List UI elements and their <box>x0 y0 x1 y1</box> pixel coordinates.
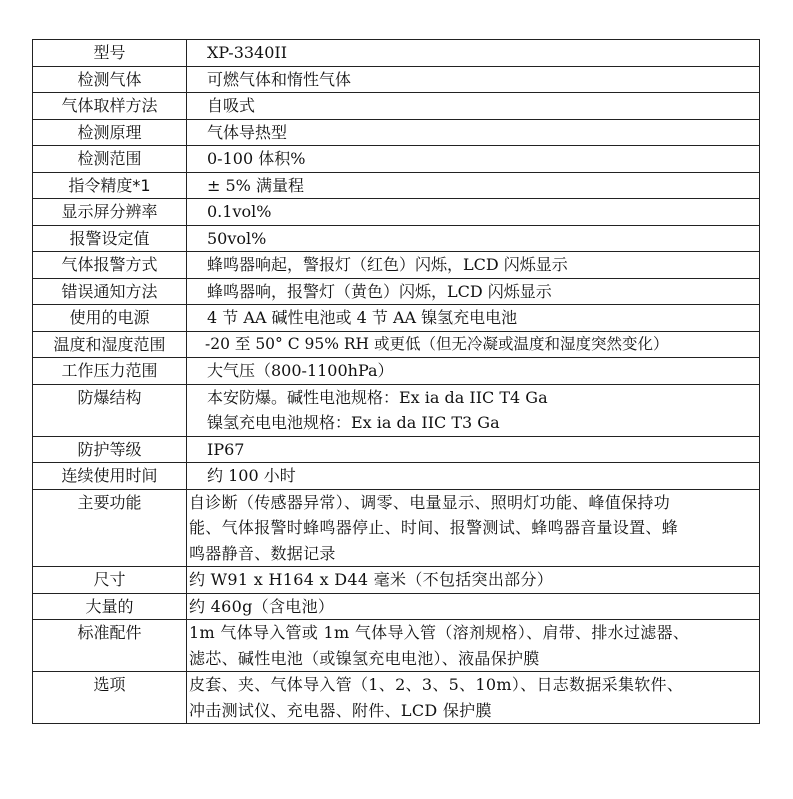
value-line: 能、气体报警时蜂鸣器停止、时间、报警测试、蜂鸣器音量设置、蜂 <box>189 515 759 541</box>
row-value: 50vol% <box>187 225 760 252</box>
value-line: 蜂鸣器响，报警灯（黄色）闪烁，LCD 闪烁显示 <box>207 279 759 305</box>
row-label: 选项 <box>33 672 187 724</box>
row-value: 4 节 AA 碱性电池或 4 节 AA 镍氢充电电池 <box>187 305 760 332</box>
row-label: 指令精度*1 <box>33 172 187 199</box>
row-value: 约 W91 x H164 x D44 毫米（不包括突出部分） <box>187 567 760 594</box>
row-value: XP-3340II <box>187 40 760 67</box>
value-line: 气体导热型 <box>207 120 759 146</box>
table-row: 选项 皮套、夹、气体导入管（1、2、3、5、10m）、日志数据采集软件、 冲击测… <box>33 672 760 724</box>
row-label: 检测范围 <box>33 146 187 173</box>
table-row: 主要功能 自诊断（传感器异常）、调零、电量显示、照明灯功能、峰值保持功 能、气体… <box>33 489 760 567</box>
row-value: 气体导热型 <box>187 119 760 146</box>
row-label: 工作压力范围 <box>33 358 187 385</box>
value-line: 1m 气体导入管或 1m 气体导入管（溶剂规格）、肩带、排水过滤器、 <box>189 620 759 646</box>
value-line: XP-3340II <box>207 40 759 66</box>
row-label: 气体取样方法 <box>33 93 187 120</box>
value-line: 镍氢充电电池规格：Ex ia da IIC T3 Ga <box>207 410 759 436</box>
row-value: 自吸式 <box>187 93 760 120</box>
row-value: -20 至 50° C 95% RH 或更低（但无冷凝或温度和湿度突然变化） <box>187 331 760 358</box>
spec-table: 型号 XP-3340II 检测气体 可燃气体和惰性气体 气体取样方法 自吸式 检… <box>32 39 760 724</box>
table-row: 错误通知方法 蜂鸣器响，报警灯（黄色）闪烁，LCD 闪烁显示 <box>33 278 760 305</box>
table-row: 工作压力范围 大气压（800-1100hPa） <box>33 358 760 385</box>
row-label: 防护等级 <box>33 436 187 463</box>
row-label: 防爆结构 <box>33 384 187 436</box>
value-line: 大气压（800-1100hPa） <box>207 358 759 384</box>
row-label: 尺寸 <box>33 567 187 594</box>
row-value: 可燃气体和惰性气体 <box>187 66 760 93</box>
table-row: 检测气体 可燃气体和惰性气体 <box>33 66 760 93</box>
table-row: 报警设定值 50vol% <box>33 225 760 252</box>
row-value: 皮套、夹、气体导入管（1、2、3、5、10m）、日志数据采集软件、 冲击测试仪、… <box>187 672 760 724</box>
table-row: 使用的电源 4 节 AA 碱性电池或 4 节 AA 镍氢充电电池 <box>33 305 760 332</box>
row-value: 0-100 体积% <box>187 146 760 173</box>
value-line: 鸣器静音、数据记录 <box>189 541 759 567</box>
value-line: 0-100 体积% <box>207 146 759 172</box>
row-label: 气体报警方式 <box>33 252 187 279</box>
value-line: 0.1vol% <box>207 199 759 225</box>
row-value: 自诊断（传感器异常）、调零、电量显示、照明灯功能、峰值保持功 能、气体报警时蜂鸣… <box>187 489 760 567</box>
table-row: 检测范围 0-100 体积% <box>33 146 760 173</box>
row-value: IP67 <box>187 436 760 463</box>
row-label: 大量的 <box>33 593 187 620</box>
value-line: 滤芯、碱性电池（或镍氢充电电池）、液晶保护膜 <box>189 646 759 672</box>
table-row: 显示屏分辨率 0.1vol% <box>33 199 760 226</box>
row-label: 使用的电源 <box>33 305 187 332</box>
value-line: 50vol% <box>207 226 759 252</box>
row-value: ± 5% 满量程 <box>187 172 760 199</box>
row-label: 显示屏分辨率 <box>33 199 187 226</box>
row-value: 0.1vol% <box>187 199 760 226</box>
row-value: 大气压（800-1100hPa） <box>187 358 760 385</box>
table-row: 指令精度*1 ± 5% 满量程 <box>33 172 760 199</box>
value-line: ± 5% 满量程 <box>207 173 759 199</box>
value-line: 自诊断（传感器异常）、调零、电量显示、照明灯功能、峰值保持功 <box>189 490 759 516</box>
value-line: 约 100 小时 <box>207 463 759 489</box>
row-value: 约 100 小时 <box>187 463 760 490</box>
row-label: 错误通知方法 <box>33 278 187 305</box>
row-label: 标准配件 <box>33 620 187 672</box>
row-label: 温度和湿度范围 <box>33 331 187 358</box>
value-line: 4 节 AA 碱性电池或 4 节 AA 镍氢充电电池 <box>207 305 759 331</box>
row-label: 报警设定值 <box>33 225 187 252</box>
row-value: 蜂鸣器响，报警灯（黄色）闪烁，LCD 闪烁显示 <box>187 278 760 305</box>
row-value: 1m 气体导入管或 1m 气体导入管（溶剂规格）、肩带、排水过滤器、 滤芯、碱性… <box>187 620 760 672</box>
value-line: 可燃气体和惰性气体 <box>207 67 759 93</box>
row-label: 检测原理 <box>33 119 187 146</box>
table-row: 防护等级 IP67 <box>33 436 760 463</box>
table-row: 大量的 约 460g（含电池） <box>33 593 760 620</box>
row-value: 本安防爆。碱性电池规格：Ex ia da IIC T4 Ga 镍氢充电电池规格：… <box>187 384 760 436</box>
table-row: 型号 XP-3340II <box>33 40 760 67</box>
value-line: 皮套、夹、气体导入管（1、2、3、5、10m）、日志数据采集软件、 <box>189 672 759 698</box>
table-row: 防爆结构 本安防爆。碱性电池规格：Ex ia da IIC T4 Ga 镍氢充电… <box>33 384 760 436</box>
row-value: 约 460g（含电池） <box>187 593 760 620</box>
table-row: 气体报警方式 蜂鸣器响起，警报灯（红色）闪烁，LCD 闪烁显示 <box>33 252 760 279</box>
row-value: 蜂鸣器响起，警报灯（红色）闪烁，LCD 闪烁显示 <box>187 252 760 279</box>
table-row: 标准配件 1m 气体导入管或 1m 气体导入管（溶剂规格）、肩带、排水过滤器、 … <box>33 620 760 672</box>
table-row: 温度和湿度范围 -20 至 50° C 95% RH 或更低（但无冷凝或温度和湿… <box>33 331 760 358</box>
value-line: 冲击测试仪、充电器、附件、LCD 保护膜 <box>189 698 759 724</box>
value-line: 自吸式 <box>207 93 759 119</box>
value-line: 约 460g（含电池） <box>189 594 759 620</box>
table-row: 尺寸 约 W91 x H164 x D44 毫米（不包括突出部分） <box>33 567 760 594</box>
value-line: 约 W91 x H164 x D44 毫米（不包括突出部分） <box>189 567 759 593</box>
row-label: 连续使用时间 <box>33 463 187 490</box>
table-row: 连续使用时间 约 100 小时 <box>33 463 760 490</box>
value-line: 蜂鸣器响起，警报灯（红色）闪烁，LCD 闪烁显示 <box>207 252 759 278</box>
value-line: -20 至 50° C 95% RH 或更低（但无冷凝或温度和湿度突然变化） <box>205 332 759 358</box>
table-row: 检测原理 气体导热型 <box>33 119 760 146</box>
value-line: IP67 <box>207 437 759 463</box>
table-row: 气体取样方法 自吸式 <box>33 93 760 120</box>
row-label: 型号 <box>33 40 187 67</box>
value-line: 本安防爆。碱性电池规格：Ex ia da IIC T4 Ga <box>207 385 759 411</box>
row-label: 主要功能 <box>33 489 187 567</box>
row-label: 检测气体 <box>33 66 187 93</box>
